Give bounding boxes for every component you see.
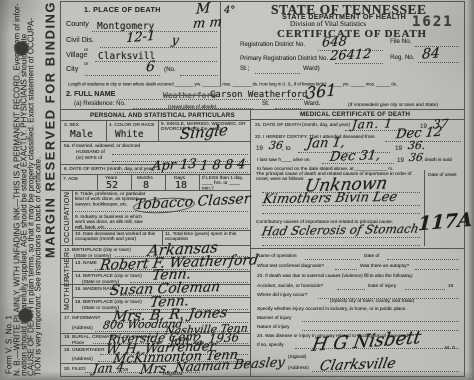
signature-address-value: Clarksville: [318, 356, 397, 375]
age-div-1: [97, 174, 98, 190]
undertaker-addr-label: (Address): [72, 356, 93, 361]
primary-district-label: Primary Registration District No.: [240, 55, 328, 62]
city-no-label: (No.: [164, 66, 176, 73]
margin-binding-text: MARGIN RESERVED FOR BINDING: [44, 1, 58, 258]
place-of-death-title: 1. PLACE OF DEATH: [84, 6, 161, 14]
sex-label: 3. SEX: [64, 122, 79, 127]
division-title: Division of Vital Statistics: [290, 20, 366, 28]
to-19: 19: [395, 145, 402, 152]
city-label: City: [66, 65, 78, 73]
full-name-label: 2. FULL NAME: [66, 90, 115, 98]
death-said-label: ; death is said: [422, 157, 452, 162]
autopsy-label: Was there an autopsy?: [360, 263, 409, 268]
form-border-right: [464, 1, 465, 376]
county-scribble: m m: [192, 15, 222, 32]
from-19: 19: [256, 145, 263, 152]
personal-title: PERSONAL AND STATISTICAL PARTICULARS: [90, 112, 235, 119]
occupation-side-label: OCCUPATION: [63, 192, 71, 243]
father-bp-label: 14. BIRTHPLACE (city or town): [75, 273, 142, 278]
civil-district-label: Civil Dis.: [66, 36, 94, 44]
where-label: Where did injury occur?: [257, 292, 307, 297]
city-no-line: [180, 75, 218, 76]
operation-lead: [305, 259, 360, 260]
county-label: County: [66, 20, 89, 28]
accident-label: Accident, suicide, or homicide?: [257, 283, 323, 288]
age-div-4: [199, 174, 200, 190]
age-div-3: [165, 174, 166, 190]
residence-ward-label: Ward.: [304, 100, 320, 107]
birthplace-label: 12. BIRTHPLACE (city or town): [64, 247, 131, 252]
operation-date-label: Date of: [364, 253, 379, 258]
father-name-label: 13. NAME: [75, 260, 97, 265]
death-certificate-scan: Form V. S. No. 1 N. B.—WRITE PLAINLY, WI…: [0, 0, 474, 380]
trade-line: [75, 211, 248, 212]
filed-label: 20. FILED: [64, 366, 86, 371]
cause-lead-3: [262, 213, 420, 214]
sections-top-rule: [60, 109, 464, 110]
contributory-lead: [262, 237, 420, 238]
city-st-line: [255, 73, 300, 74]
signed-label: (Signed): [288, 354, 306, 359]
accident-lead: [337, 289, 365, 290]
injury-date-lead: [405, 289, 445, 290]
residence-line-2: [275, 108, 301, 109]
married-note-3: (or) WIFE of: [76, 155, 102, 160]
physician-signature: H G Nisbett: [310, 327, 422, 356]
corner-scribble: 4°: [224, 5, 235, 16]
cause-lead-2: [262, 205, 420, 206]
date-of-death-label: 21. DATE OF DEATH (month, day, and year): [255, 122, 350, 127]
injury-19: 19: [448, 283, 453, 288]
contributory-value: Had Sclerosis of Stomach: [261, 222, 420, 239]
occupation-strip: [72, 190, 73, 245]
mother-bp-label: 16. BIRTHPLACE (city or town): [75, 299, 142, 304]
color-value: White: [115, 129, 144, 140]
or-label-2: or: [84, 61, 88, 66]
marital-value: Single: [179, 121, 228, 143]
manner-label: Manner of injury: [257, 315, 291, 320]
registrar-label: Registrar.: [163, 371, 184, 376]
saw-19: 19: [397, 157, 404, 164]
test-label: What test confirmed diagnosis?: [257, 263, 324, 268]
file-no-label: File No.: [390, 38, 411, 45]
reg-no-label: Reg. No.: [390, 54, 414, 61]
dob-value: Apr 13: [151, 157, 197, 174]
margin-note-line4: TION is very important. See instructions…: [34, 157, 43, 376]
operation-date-lead: [387, 259, 459, 260]
primary-district-value: 26412: [329, 47, 372, 64]
rule-l2: [60, 141, 250, 142]
city-st-label: St.;: [240, 65, 249, 72]
certificate-number-stamp: 1621: [412, 14, 454, 30]
informant-addr-label: (Address): [72, 325, 93, 330]
last-saw-label: I last saw h____ alive on: [257, 157, 310, 162]
external-causes-label: 23. If death was due to external causes …: [257, 273, 413, 278]
mother-strip: [72, 284, 73, 312]
reg-no-value: 84: [421, 45, 440, 62]
dob-label: 6. DATE OF BIRTH (month, day, and year): [64, 166, 155, 171]
industry-line: [75, 228, 248, 229]
to-label: , to: [282, 145, 291, 152]
age-label: 7. AGE: [63, 176, 78, 181]
undertaker-label: 19. UNDERTAKER: [64, 347, 105, 352]
village-label: Village: [66, 51, 87, 59]
city-ward-label: Ward): [303, 65, 320, 72]
age-div-2: [131, 174, 132, 190]
punch-hole-bottom: [18, 308, 33, 323]
date-of-onset-label: Date of onset: [428, 172, 459, 177]
last-saw-value: Dec 31,: [329, 148, 381, 165]
residence-st-label: St.: [262, 100, 270, 107]
column-divider: [250, 109, 251, 376]
civil-district-scribble: y: [171, 33, 180, 47]
full-name-typed: Carson Weatherford: [210, 90, 308, 100]
color-label: 4. COLOR OR RACE: [109, 122, 157, 127]
injury-date-label: Date of injury: [368, 283, 396, 288]
civil-district-line: [100, 47, 217, 48]
form-border-bottom: [60, 376, 465, 377]
residence-label: (a) Residence: No.: [74, 100, 126, 107]
address-label: (Address): [288, 365, 309, 370]
manner-lead: [302, 321, 459, 322]
married-note-1: 5a. If married, widowed, or divorced: [64, 143, 140, 148]
dob-year: 1 8 8 4: [199, 157, 246, 174]
test-lead: [335, 269, 357, 270]
abode-note: (Usual place of abode): [168, 104, 216, 109]
cell-divider-sex: [106, 120, 107, 141]
residence-length-line: Length of residence in city or town wher…: [68, 82, 397, 87]
civil-district-value: 12-1: [126, 29, 156, 47]
rule-r2: [250, 248, 464, 249]
md-label: M. D.: [445, 345, 456, 350]
registration-district-label: Registration District No.: [240, 41, 305, 48]
last-worked-label: 10. Date deceased last worked at this oc…: [75, 231, 159, 242]
age-less-note: If LESS than 1 day, ____ hrs. or ____ mi…: [202, 175, 249, 191]
where-note: (Specify city or town, county, and State…: [330, 298, 414, 303]
form-border-left: [60, 1, 61, 376]
operation-label: Name of operation: [257, 253, 296, 258]
full-name-struck: Weatherford: [163, 91, 216, 100]
city-value: 6: [145, 59, 155, 76]
date-of-death-value: Jan. 1: [351, 116, 393, 131]
sex-value: Male: [70, 129, 93, 140]
nonresident-note: (If nonresident give city or town and St…: [348, 102, 438, 107]
city-line: [85, 75, 160, 76]
nature-label: Nature of injury: [257, 324, 290, 329]
mother-side-label: MOTHER: [63, 276, 71, 310]
married-note-2: HUSBAND of: [76, 149, 105, 154]
specify-label: Specify whether injury occurred in indus…: [257, 306, 407, 311]
married-line-1: [112, 154, 248, 155]
if-so-label: If so, specify: [257, 342, 284, 347]
cell-divider-color: [158, 120, 159, 141]
punch-hole-top: [14, 41, 29, 56]
informant-label: 17. INFORMANT: [64, 315, 101, 320]
autopsy-lead: [415, 269, 459, 270]
contributory-lead-2: [262, 245, 420, 246]
